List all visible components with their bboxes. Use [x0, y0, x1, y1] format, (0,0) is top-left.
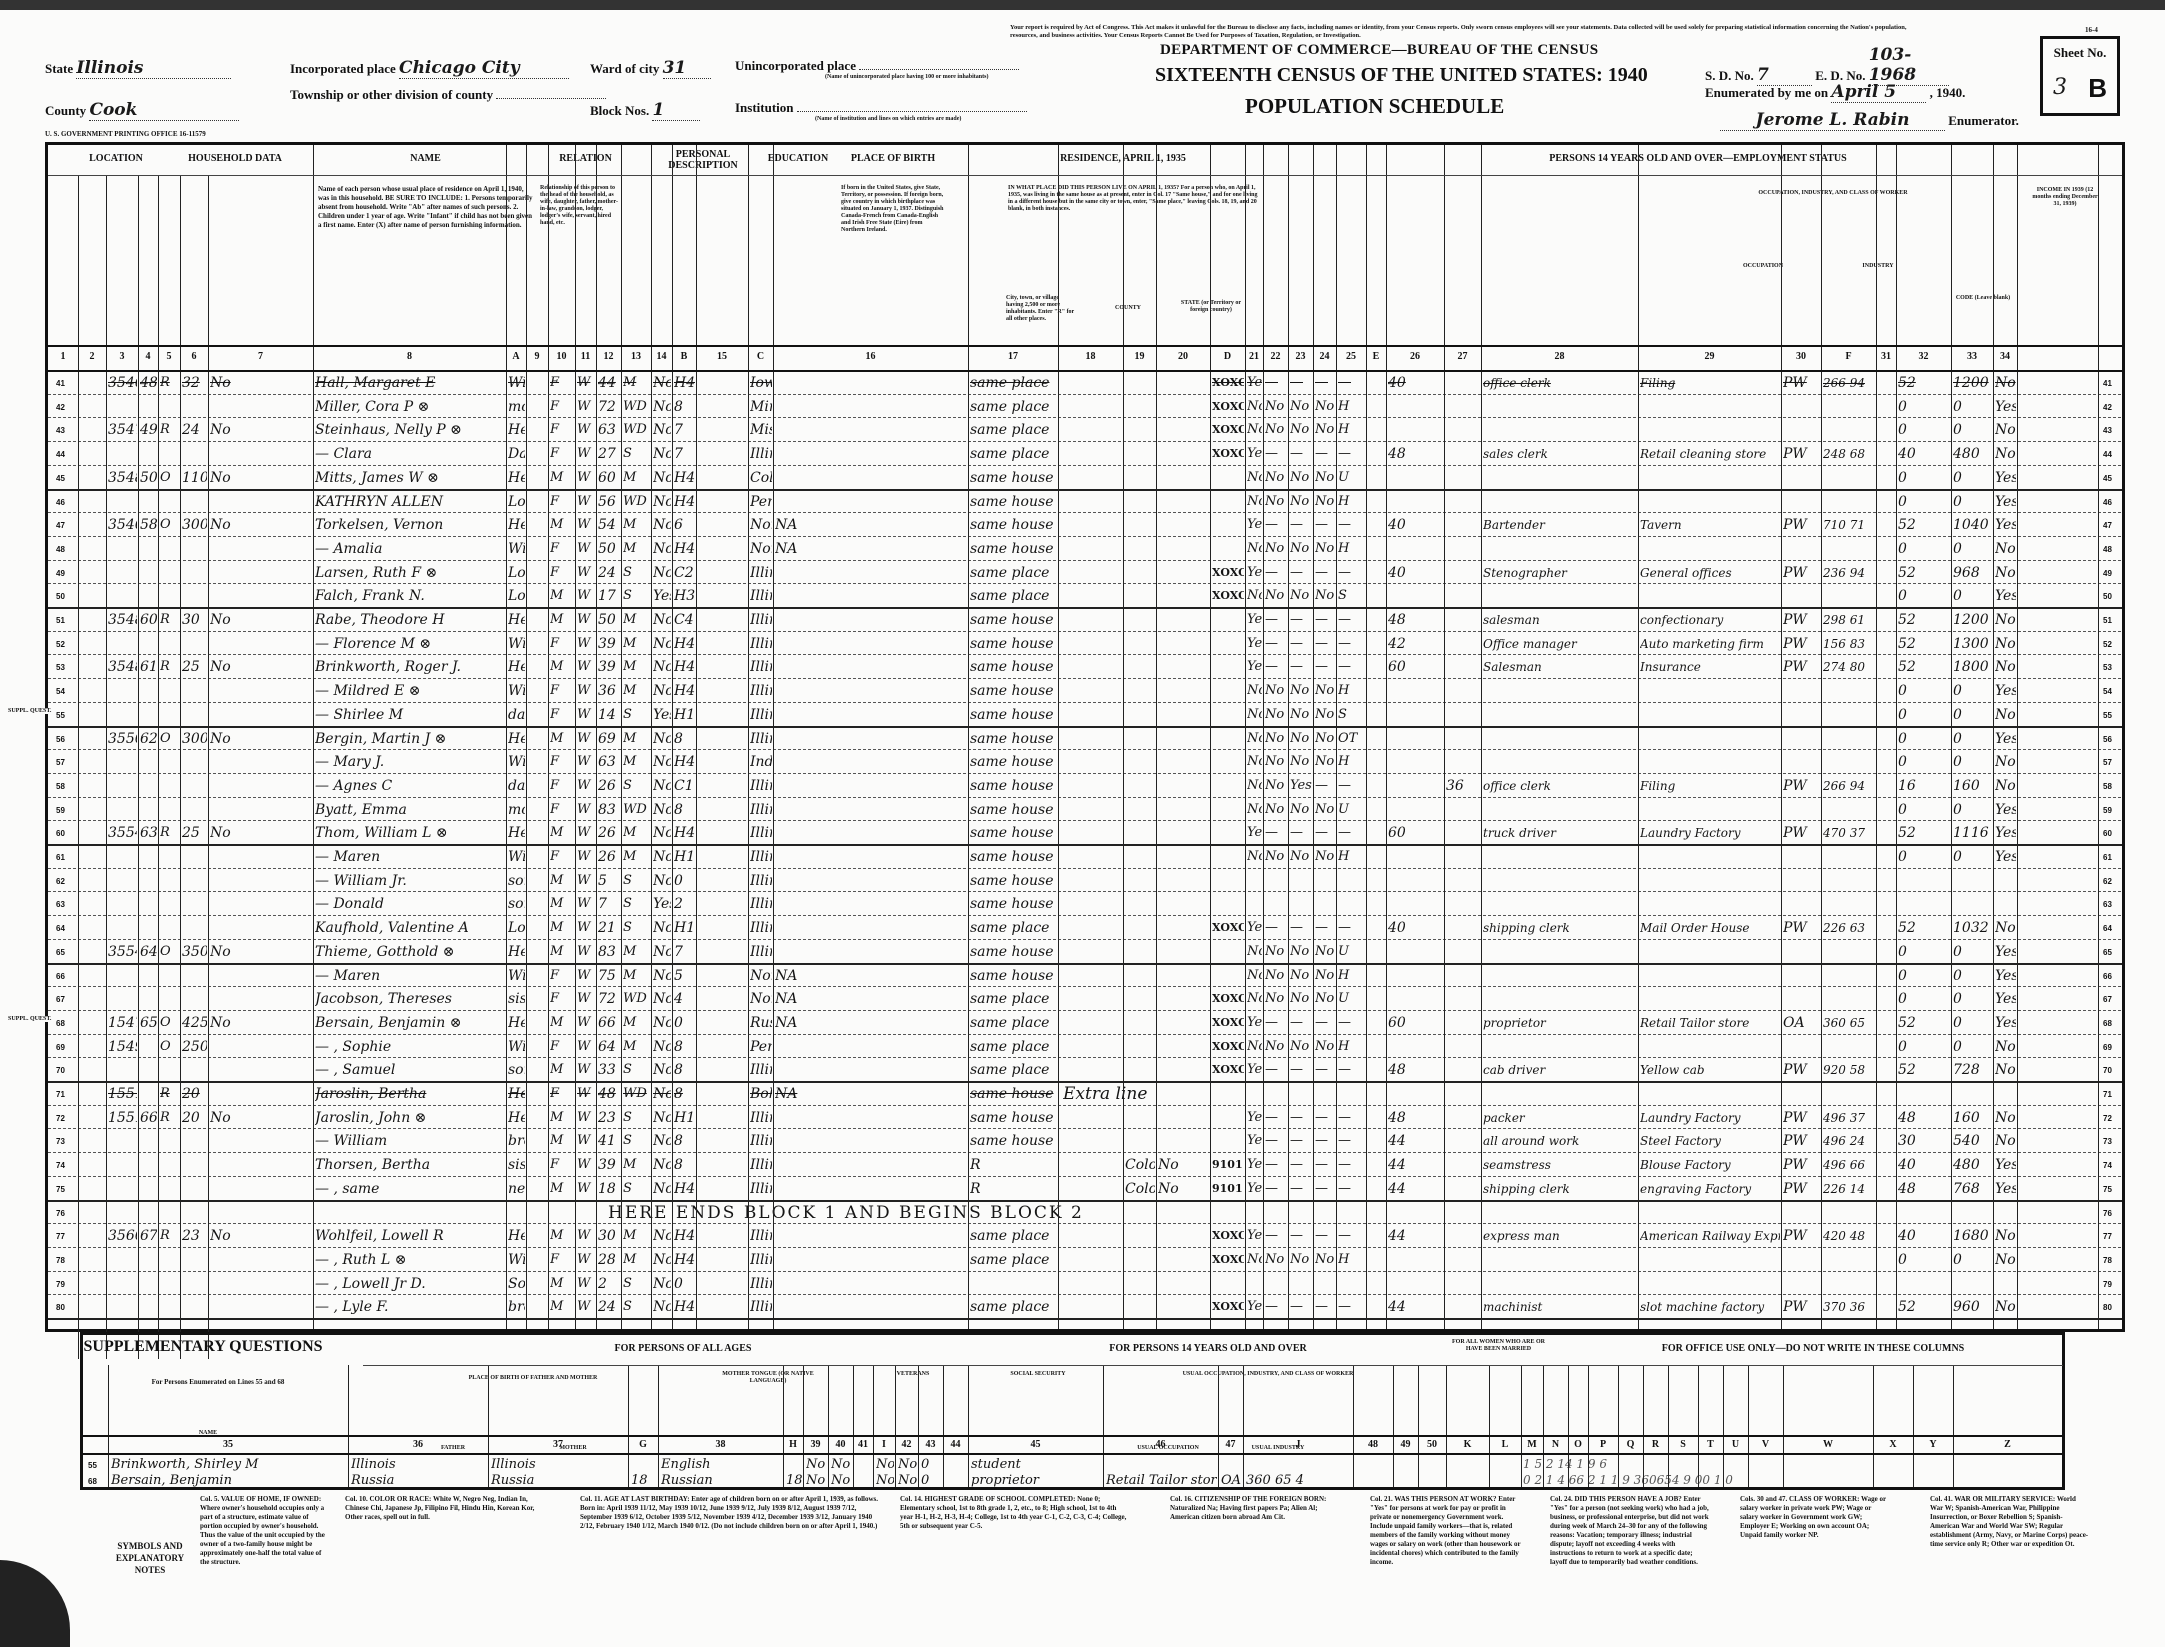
cell-race: W: [577, 539, 595, 559]
column-number: 19: [1123, 351, 1156, 362]
line-number: 70: [2103, 1066, 2112, 1075]
cell-visit: 67: [140, 1226, 157, 1246]
cell-sex: M: [550, 586, 574, 606]
cell-relation: brother: [508, 1297, 525, 1317]
cell-class: PW: [1783, 610, 1820, 630]
cell-birthplace: Minnesota: [750, 397, 772, 417]
cell-relation: Wife: [508, 634, 525, 654]
cell-income: 160: [1953, 1108, 1992, 1128]
cell-name: Byatt, Emma: [315, 800, 505, 820]
cell-c25: H: [1338, 1250, 1365, 1270]
cell-weeks: 0: [1898, 942, 1950, 962]
res-state-header: STATE (or Territory or foreign country): [1176, 300, 1246, 314]
cell-farm: No: [210, 420, 312, 440]
ed-label: E. D. No.: [1815, 68, 1865, 83]
column-number: 14: [651, 351, 672, 362]
table-row: 4949Larsen, Ruth F ⊗LodgerFW24SNoC2Illin…: [48, 562, 2122, 584]
line-number: 47: [2103, 521, 2112, 530]
supp-column-number: O: [1568, 1439, 1588, 1450]
supp-column-number: T: [1698, 1439, 1723, 1450]
cell-age: 54: [598, 515, 620, 535]
cell-hours: 44: [1388, 1297, 1443, 1317]
cell-house: 1549: [108, 1037, 137, 1057]
cell-other-income: Yes: [1995, 989, 2016, 1009]
line-number: 59: [56, 806, 65, 815]
supp-column-divider: [943, 1365, 944, 1487]
cell-house: 1551: [108, 1084, 137, 1104]
township-value: [496, 98, 606, 99]
cell-c23: No: [1290, 800, 1312, 820]
cell-c24: No: [1315, 1250, 1335, 1270]
column-divider: [1638, 145, 1639, 1329]
cell-cit: NA: [775, 966, 967, 986]
cell-weeks: 40: [1898, 1226, 1950, 1246]
cell-res: same house: [970, 871, 1057, 891]
cell-race: W: [577, 1013, 595, 1033]
column-divider: [1156, 145, 1157, 1329]
column-divider: [1123, 145, 1124, 1329]
cell-race: W: [577, 1060, 595, 1080]
cell-c21: No: [1247, 1037, 1262, 1057]
cell-relation: sister: [508, 1155, 525, 1175]
supp-column-divider: [1668, 1365, 1669, 1487]
line-number: 77: [2103, 1232, 2112, 1241]
cell-sex: F: [550, 373, 574, 393]
cell-c25: —: [1338, 444, 1365, 464]
ward-value: 31: [663, 58, 711, 79]
row-divider: [48, 1294, 2122, 1295]
cell-c21: No: [1247, 942, 1262, 962]
cell-relation: Head: [508, 729, 525, 749]
line-number: 56: [56, 735, 65, 744]
column-number: 21: [1245, 351, 1263, 362]
cell-marital: M: [623, 942, 650, 962]
cell-weeks: 0: [1898, 681, 1950, 701]
cell-tenure: R: [160, 1084, 179, 1104]
cell-birthplace: Illinois: [750, 1060, 772, 1080]
column-number: 1: [48, 351, 78, 362]
cell-tenure: R: [160, 657, 179, 677]
cell-c24: No: [1315, 420, 1335, 440]
cell-age: 60: [598, 468, 620, 488]
cell-farm: No: [210, 823, 312, 843]
cell-age: 24: [598, 563, 620, 583]
sd-field: S. D. No. 7 E. D. No. 103-1968: [1705, 45, 1949, 86]
line-number: 41: [56, 379, 65, 388]
column-divider: [1876, 145, 1877, 1329]
supp-column-divider: [1568, 1365, 1569, 1487]
cell-c24: No: [1315, 705, 1335, 725]
column-divider: [672, 145, 673, 1329]
cell-c22: —: [1265, 444, 1287, 464]
table-row: 7272155166R20NoJaroslin, John ⊗HeadMW23S…: [48, 1107, 2122, 1129]
supp-column-divider: [783, 1365, 784, 1487]
supp-column-divider: [1643, 1365, 1644, 1487]
supp-column-number: S: [1668, 1439, 1698, 1450]
cell-relation: Head: [508, 942, 525, 962]
cell-hours: 48: [1388, 1060, 1443, 1080]
cell-weeks: 0: [1898, 397, 1950, 417]
row-divider: [48, 1223, 2122, 1224]
cell-res: same house: [970, 515, 1057, 535]
column-divider: [548, 145, 549, 1329]
cell-farm: No: [210, 610, 312, 630]
cell-res: same house: [970, 681, 1057, 701]
table-row: 7777356067R23NoWohlfeil, Lowell RHeadMW3…: [48, 1225, 2122, 1247]
cell-c21: No: [1247, 729, 1262, 749]
cell-c25: H: [1338, 539, 1365, 559]
cell-other-income: No: [1995, 657, 2016, 677]
cell-relation: Head: [508, 468, 525, 488]
cell-value: 1100: [182, 468, 207, 488]
cell-farm: No: [210, 468, 312, 488]
row-divider: [48, 702, 2122, 703]
cell-c21: Yes: [1247, 1013, 1262, 1033]
cell-weeks: 52: [1898, 1297, 1950, 1317]
cell-c22: —: [1265, 1226, 1287, 1246]
cell-birthplace: Illinois: [750, 847, 772, 867]
cell-age: 69: [598, 729, 620, 749]
cell-birthplace: Illinois: [750, 1131, 772, 1151]
cell-res: same house: [970, 492, 1057, 512]
line-number: 69: [56, 1043, 65, 1052]
cell-c24: —: [1315, 776, 1335, 796]
cell-race: W: [577, 492, 595, 512]
cell-res: same place: [970, 1060, 1057, 1080]
cell-birthplace: Illinois: [750, 705, 772, 725]
cell-age: 56: [598, 492, 620, 512]
cell-relation: Head: [508, 823, 525, 843]
note-col21: Col. 21. WAS THIS PERSON AT WORK? Enter …: [1370, 1495, 1525, 1567]
cell-relation: Lodger: [508, 918, 525, 938]
cell-code: 266 94: [1823, 373, 1875, 393]
institution-field: Institution (Name of institution and lin…: [735, 100, 1027, 122]
cell-c23: No: [1290, 966, 1312, 986]
cell-birthplace: Illinois: [750, 800, 772, 820]
cell-relation: Lodger: [508, 563, 525, 583]
cell-c25: H: [1338, 752, 1365, 772]
cell-c25: —: [1338, 563, 1365, 583]
cell-c23: —: [1290, 563, 1312, 583]
cell-industry: Filing: [1640, 776, 1780, 796]
line-number: 47: [56, 521, 65, 530]
cell-res: same house: [970, 942, 1057, 962]
cell-race: W: [577, 563, 595, 583]
line-number: 75: [56, 1185, 65, 1194]
cell-c24: No: [1315, 752, 1335, 772]
cell-c21: No: [1247, 681, 1262, 701]
line-number: 79: [2103, 1280, 2112, 1289]
cell-tenure: R: [160, 420, 179, 440]
cell-grade: 8: [674, 1084, 695, 1104]
table-row: 5252— Florence M ⊗WifeFW39MNoH4Illinoiss…: [48, 633, 2122, 655]
cell-income: 160: [1953, 776, 1992, 796]
column-divider: [1336, 145, 1337, 1329]
cell-c22: No: [1265, 705, 1287, 725]
table-row: 7474Thorsen, BerthasisterFW39MNo8Illinoi…: [48, 1154, 2122, 1176]
supp-column-number: I: [873, 1439, 895, 1450]
cell-c24: No: [1315, 989, 1335, 1009]
cell-other-income: Yes: [1995, 492, 2016, 512]
cell-weeks: 0: [1898, 989, 1950, 1009]
cell-school: No: [653, 800, 671, 820]
cell-name: — , Sophie: [315, 1037, 505, 1057]
cell-tenure: O: [160, 515, 179, 535]
cell-house: 1547: [108, 1013, 137, 1033]
enumeration-date-field: Enumerated by me on April 5 , 1940.: [1705, 82, 1965, 103]
table-row: 5959Byatt, Emmamother in LawFW83WDNo8Ill…: [48, 799, 2122, 821]
enumerator-label: Enumerator.: [1948, 113, 2019, 128]
cell-c24: —: [1315, 563, 1335, 583]
cell-hours: 40: [1388, 918, 1443, 938]
cell-marital: WD: [623, 989, 650, 1009]
cell-school: No: [653, 823, 671, 843]
line-number: 41: [2103, 379, 2112, 388]
cell-age: 72: [598, 397, 620, 417]
cell-d: XOXO: [1212, 918, 1244, 938]
cell-marital: M: [623, 1250, 650, 1270]
row-divider: [48, 512, 2122, 513]
cell-c25: —: [1338, 515, 1365, 535]
cell-code: 156 83: [1823, 634, 1875, 654]
cell-marital: S: [623, 918, 650, 938]
cell-c22: —: [1265, 634, 1287, 654]
supp-cell-h: 18: [786, 1473, 802, 1488]
supp-cell-mother: Illinois: [491, 1457, 627, 1472]
cell-other-income: Yes: [1995, 966, 2016, 986]
supp-column-number: 50: [1418, 1439, 1446, 1450]
block-note: HERE ENDS BLOCK 1 AND BEGINS BLOCK 2: [608, 1203, 1084, 1223]
cell-grade: 4: [674, 989, 695, 1009]
cell-sex: M: [550, 1179, 574, 1199]
cell-value: 20: [182, 1084, 207, 1104]
cell-class: PW: [1783, 373, 1820, 393]
cell-birthplace: Illinois: [750, 681, 772, 701]
cell-code: 266 94: [1823, 776, 1875, 796]
cell-res: same place: [970, 989, 1057, 1009]
cell-visit: 49: [140, 420, 157, 440]
cell-c24: —: [1315, 1060, 1335, 1080]
line-number: 46: [2103, 498, 2112, 507]
cell-house: 1551: [108, 1108, 137, 1128]
cell-res: same house: [970, 657, 1057, 677]
cell-sex: F: [550, 752, 574, 772]
supp-cell-occupation: student: [971, 1457, 1102, 1472]
cell-school: No: [653, 420, 671, 440]
cell-school: No: [653, 610, 671, 630]
line-number: 46: [56, 498, 65, 507]
cell-visit: 50: [140, 468, 157, 488]
line-number: 42: [56, 403, 65, 412]
cell-grade: H4: [674, 752, 695, 772]
cell-code: 370 36: [1823, 1297, 1875, 1317]
column-divider: [748, 145, 749, 1329]
cell-grade: H4: [674, 1250, 695, 1270]
cell-c24: No: [1315, 397, 1335, 417]
cell-marital: S: [623, 776, 650, 796]
cell-birthplace: Illinois: [750, 1226, 772, 1246]
cell-c22: —: [1265, 918, 1287, 938]
cell-house: 3547: [108, 420, 137, 440]
cell-school: No: [653, 444, 671, 464]
column-number: 27: [1444, 351, 1481, 362]
cell-grade: H4: [674, 373, 695, 393]
cell-res-state: Colorado: [1125, 1179, 1155, 1199]
cell-relation: Wife: [508, 966, 525, 986]
county-value: Cook: [89, 100, 239, 121]
cell-age: 7: [598, 894, 620, 914]
cell-other-income: No: [1995, 373, 2016, 393]
cell-age: 64: [598, 1037, 620, 1057]
row-divider: [48, 654, 2122, 655]
cell-other-income: No: [1995, 1060, 2016, 1080]
supp-column-divider: [1353, 1365, 1354, 1487]
cell-marital: S: [623, 1131, 650, 1151]
cell-c24: —: [1315, 657, 1335, 677]
res-county-header: COUNTY: [1098, 305, 1158, 312]
cell-marital: WD: [623, 800, 650, 820]
cell-house: 3560: [108, 1226, 137, 1246]
cell-c24: —: [1315, 1131, 1335, 1151]
row-divider: [48, 417, 2122, 418]
cell-marital: M: [623, 657, 650, 677]
cell-name: — Agnes C: [315, 776, 505, 796]
cell-cit: NA: [775, 1013, 967, 1033]
cell-marital: M: [623, 373, 650, 393]
supp-cell-c43: No: [898, 1473, 917, 1488]
cell-age: 5: [598, 871, 620, 891]
cell-school: No: [653, 1297, 671, 1317]
supp-column-number: 41: [853, 1439, 873, 1450]
cell-res: same house: [970, 705, 1057, 725]
cell-other-income: No: [1995, 1131, 2016, 1151]
cell-other-income: Yes: [1995, 397, 2016, 417]
cell-weeks: 48: [1898, 1179, 1950, 1199]
cell-occupation: sales clerk: [1483, 444, 1637, 464]
line-number: 73: [56, 1137, 65, 1146]
note-col11: Col. 11. AGE AT LAST BIRTHDAY: Enter age…: [580, 1495, 880, 1531]
cell-c22: No: [1265, 966, 1287, 986]
column-divider: [1366, 145, 1367, 1329]
cell-race: W: [577, 397, 595, 417]
cell-class: PW: [1783, 1060, 1820, 1080]
cell-other-income: Yes: [1995, 1179, 2016, 1199]
cell-weeks: 52: [1898, 1060, 1950, 1080]
supp-column-divider: [803, 1365, 804, 1487]
table-row: 5555— Shirlee MdaughterFW14SYesH1Illinoi…: [48, 704, 2122, 726]
cell-c25: —: [1338, 1060, 1365, 1080]
cell-birthplace: Iowa: [750, 373, 772, 393]
cell-sex: F: [550, 705, 574, 725]
line-number: 44: [56, 450, 65, 459]
cell-age: 72: [598, 989, 620, 1009]
cell-relation: Head: [508, 1013, 525, 1033]
table-row: 4848— AmaliaWifeFW50MNoH4NorwayNAsame ho…: [48, 538, 2122, 560]
cell-c22: —: [1265, 1131, 1287, 1151]
cell-class: PW: [1783, 776, 1820, 796]
row-divider: [48, 560, 2122, 561]
cell-d: 9101: [1212, 1155, 1244, 1175]
header-divider: [48, 370, 2122, 372]
cell-c21: Yes: [1247, 1060, 1262, 1080]
sheet-side: B: [2088, 73, 2107, 104]
cell-relation: nephew: [508, 1179, 525, 1199]
row-divider: [48, 1105, 2122, 1106]
cell-other-income: No: [1995, 539, 2016, 559]
cell-value: 24: [182, 420, 207, 440]
cell-grade: 8: [674, 1155, 695, 1175]
cell-name: Miller, Cora P ⊗: [315, 397, 505, 417]
cell-school: No: [653, 966, 671, 986]
column-number: F: [1821, 351, 1876, 362]
line-number: 74: [2103, 1161, 2112, 1170]
cell-school: No: [653, 1131, 671, 1151]
cell-hours: 44: [1388, 1226, 1443, 1246]
section-birth: PLACE OF BIRTH: [838, 153, 948, 164]
cell-weeks: 0: [1898, 1250, 1950, 1270]
cell-d: XOXO: [1212, 420, 1244, 440]
cell-hours: 40: [1388, 373, 1443, 393]
cell-marital: S: [623, 1297, 650, 1317]
supp-column-number: 38: [658, 1439, 783, 1450]
cell-c24: No: [1315, 847, 1335, 867]
cell-sex: M: [550, 1274, 574, 1294]
enumerated-label: Enumerated by me on: [1705, 85, 1828, 100]
cell-race: W: [577, 634, 595, 654]
cell-sex: M: [550, 918, 574, 938]
cell-marital: S: [623, 1108, 650, 1128]
line-number: 65: [2103, 948, 2112, 957]
cell-birthplace: Pennsylvania: [750, 1037, 772, 1057]
cell-c22: —: [1265, 1060, 1287, 1080]
cell-age: 27: [598, 444, 620, 464]
cell-cit: NA: [775, 539, 967, 559]
table-row: 6464Kaufhold, Valentine ALodgerMW21SNoH1…: [48, 917, 2122, 939]
supp-column-number: W: [1783, 1439, 1873, 1450]
cell-birthplace: Illinois: [750, 586, 772, 606]
cell-age: 17: [598, 586, 620, 606]
res-city-header: City, town, or village having 2,500 or m…: [1006, 295, 1076, 323]
enumerated-year: , 1940.: [1930, 85, 1966, 100]
cell-c23: —: [1290, 1155, 1312, 1175]
cell-income: 0: [1953, 681, 1992, 701]
line-number: 49: [56, 569, 65, 578]
row-divider: [48, 1128, 2122, 1129]
cell-res: same place: [970, 444, 1057, 464]
cell-income: 0: [1953, 1013, 1992, 1033]
cell-marital: S: [623, 1179, 650, 1199]
supp-column-divider: [1489, 1365, 1490, 1487]
cell-school: No: [653, 918, 671, 938]
cell-name: — , Lowell Jr D.: [315, 1274, 505, 1294]
supp-cell-jcode: 360 65 4: [1246, 1473, 1352, 1488]
section-name: NAME: [313, 153, 538, 164]
column-number: 33: [1951, 351, 1993, 362]
cell-res: same place: [970, 563, 1057, 583]
line-number: 64: [56, 924, 65, 933]
supplementary-marker: SUPPL. QUEST.: [8, 1016, 51, 1022]
cell-c22: No: [1265, 492, 1287, 512]
cell-code: 496 66: [1823, 1155, 1875, 1175]
cell-hours: 44: [1388, 1155, 1443, 1175]
cell-income: 1680: [1953, 1226, 1992, 1246]
cell-c22: No: [1265, 989, 1287, 1009]
supp-column-number: U: [1723, 1439, 1748, 1450]
table-row: 5050Falch, Frank N.LodgerMW17SYesH3Illin…: [48, 585, 2122, 607]
cell-other-income: No: [1995, 752, 2016, 772]
supp-parents-header: PLACE OF BIRTH OF FATHER AND MOTHER: [383, 1375, 683, 1382]
cell-farm: No: [210, 515, 312, 535]
